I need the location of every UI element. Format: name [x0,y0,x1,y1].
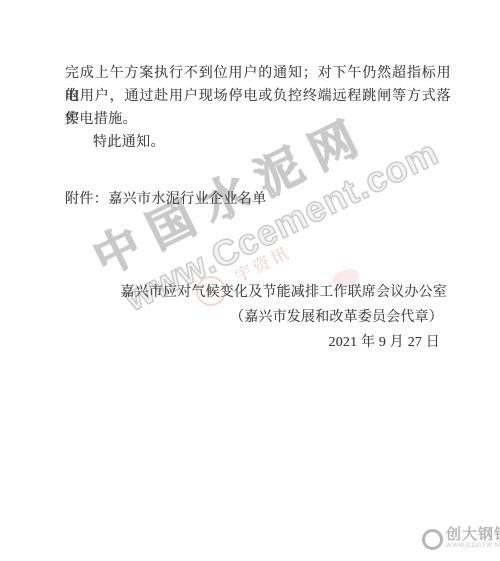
corner-site-logo: 创大钢铁 WWW.CDGTW.NET [422,527,500,550]
signature-org: 嘉兴市应对气候变化及节能减排工作联席会议办公室 [0,281,500,304]
corner-site-logo-icon [422,529,443,550]
signature-seal-note: （嘉兴市发展和改革委员会代章） [0,306,500,329]
corner-site-logo-url: WWW.CDGTW.NET [446,543,500,549]
corner-site-logo-text: 创大钢铁 WWW.CDGTW.NET [446,527,500,549]
body-line-3: 停电措施。 [65,108,451,131]
scanned-notice-page: 中国水泥网 www.Ccement.com 宇资讯 完成上午方案执行不到位用户的… [0,0,500,561]
corner-site-logo-name: 创大钢铁 [446,527,500,542]
signature-date: 2021 年 9 月 27 日 [0,331,500,354]
notice-closing-line: 特此通知。 [65,131,479,154]
attachment-line: 附件：嘉兴市水泥行业企业名单 [65,188,451,211]
